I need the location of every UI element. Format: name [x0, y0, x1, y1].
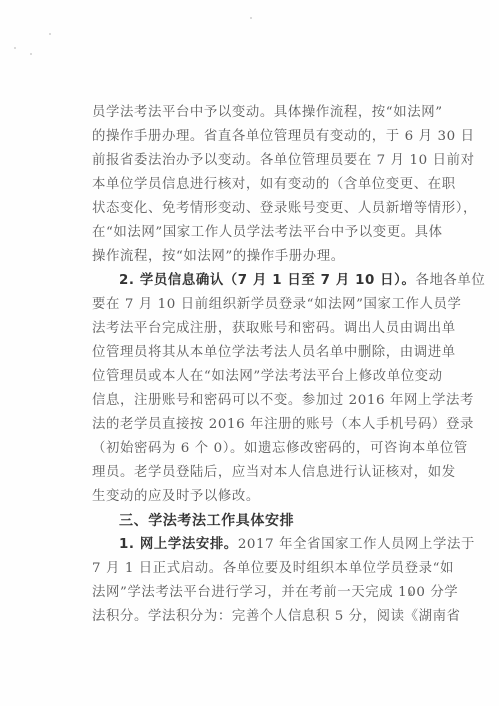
section-3-1-first-line: 1. 网上学法安排。2017 年全省国家工作人员网上学法于: [92, 533, 416, 557]
text-line: 的操作手册办理。省直各单位管理员有变动的，于 6 月 30 日: [92, 125, 416, 149]
text-line: 7 月 1 日正式启动。各单位要及时组织本单位学员登录“如: [92, 557, 416, 581]
text-line: 信息，注册账号和密码可以不变。参加过 2016 年网上学法考: [92, 389, 416, 413]
document-body: 员学法考法平台中予以变动。具体操作流程，按“如法网” 的操作手册办理。省直各单位…: [92, 101, 416, 629]
text-line: 法的老学员直接按 2016 年注册的账号（本人手机号码）登录: [92, 413, 416, 437]
page-number: 3: [408, 589, 412, 598]
text-line: 位管理员将其从本单位学法考法人员名单中删除，由调进单: [92, 341, 416, 365]
scan-speck: [250, 17, 252, 19]
text-line: 生变动的应及时予以修改。: [92, 485, 416, 509]
scan-speck: [14, 47, 16, 49]
text-line: 理员。老学员登陆后，应当对本人信息进行认证核对，如发: [92, 461, 416, 485]
text-line: 在“如法网”国家工作人员学法考法平台中予以变更。具体: [92, 221, 416, 245]
scan-speck: [49, 33, 51, 35]
section-3-1-title: 1. 网上学法安排。: [119, 537, 238, 552]
text-line: 法网”学法考法平台进行学习，并在考前一天完成 100 分学: [92, 581, 416, 605]
text-line: 前报省委法治办予以变动。各单位管理员要在 7 月 10 日前对: [92, 149, 416, 173]
section-3-heading: 三、学法考法工作具体安排: [92, 509, 416, 533]
section-2-first-line-text: 各地各单位: [415, 273, 485, 288]
text-line: 法考法平台完成注册，获取账号和密码。调出人员由调出单: [92, 317, 416, 341]
scan-speck: [30, 53, 32, 55]
section-2-title: 2. 学员信息确认（7 月 1 日至 7 月 10 日）。: [119, 273, 415, 288]
text-line: 员学法考法平台中予以变动。具体操作流程，按“如法网”: [92, 101, 416, 125]
text-line: 状态变化、免考情形变动、登录账号变更、人员新增等情形），: [92, 197, 416, 221]
text-line: 要在 7 月 10 日前组织新学员登录“如法网”国家工作人员学: [92, 293, 416, 317]
text-line: 法积分。学法积分为：完善个人信息积 5 分，阅读《湖南省: [92, 605, 416, 629]
text-line: （初始密码为 6 个 0）。如遗忘修改密码的，可咨询本单位管: [92, 437, 416, 461]
text-line: 位管理员或本人在“如法网”学法考法平台上修改单位变动: [92, 365, 416, 389]
text-line: 操作流程，按“如法网”的操作手册办理。: [92, 245, 416, 269]
section-3-1-first-line-text: 2017 年全省国家工作人员网上学法于: [238, 537, 475, 552]
document-page: 员学法考法平台中予以变动。具体操作流程，按“如法网” 的操作手册办理。省直各单位…: [0, 0, 499, 706]
text-line: 本单位学员信息进行核对，如有变动的（含单位变更、在职: [92, 173, 416, 197]
section-2-first-line: 2. 学员信息确认（7 月 1 日至 7 月 10 日）。各地各单位: [92, 269, 416, 293]
